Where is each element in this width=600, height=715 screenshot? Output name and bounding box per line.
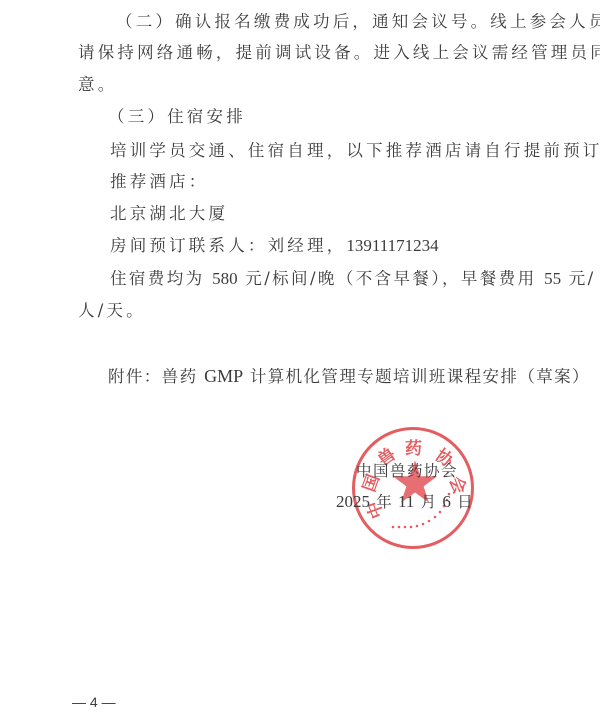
booking-contact-phone: 13911171234 (346, 236, 438, 255)
fee-text-c: 元/ (561, 269, 596, 288)
booking-contact: 房间预订联系人：刘经理，13911171234 (110, 236, 439, 256)
fee-text-b: 元/标间/晚（不含早餐），早餐费用 (238, 269, 544, 288)
accommodation-fee-line-1: 住宿费均为 580 元/标间/晚（不含早餐），早餐费用 55 元/ (110, 269, 596, 289)
accommodation-intro: 培训学员交通、住宿自理，以下推荐酒店请自行提前预订。 (110, 141, 600, 161)
attachment-gmp: GMP (204, 366, 243, 386)
paragraph-2-line-2: 请保持网络通畅，提前调试设备。进入线上会议需经管理员同 (78, 43, 600, 63)
page-number: — 4 — (72, 694, 116, 710)
hotel-name: 北京湖北大厦 (110, 204, 228, 224)
signing-date: 2025 年 11 月 6 日 (336, 490, 473, 512)
recommended-hotel-label: 推荐酒店： (110, 172, 209, 192)
date-year: 2025 (336, 492, 370, 511)
date-day: 6 (442, 492, 451, 511)
date-year-unit: 年 (376, 493, 392, 511)
official-seal: 药 兽 协 国 中 会 (352, 427, 474, 549)
booking-contact-label: 房间预订联系人：刘经理， (110, 236, 346, 255)
attachment-note: 附件：兽药 GMP 计算机化管理专题培训班课程安排（草案） (108, 366, 590, 387)
room-rate: 580 (212, 269, 238, 288)
section-heading-accommodation: （三）住宿安排 (108, 107, 246, 127)
paragraph-2-line-1: （二）确认报名缴费成功后，通知会议号。线上参会人员 (116, 12, 600, 32)
seal-char-yao: 药 (405, 434, 422, 459)
paragraph-2-line-3: 意。 (78, 75, 117, 95)
fee-text-a: 住宿费均为 (110, 269, 212, 288)
signing-organization: 中国兽药协会 (356, 459, 458, 481)
date-month-unit: 月 (421, 493, 437, 511)
breakfast-rate: 55 (544, 269, 561, 288)
attachment-suffix: 计算机化管理专题培训班课程安排（草案） (243, 367, 590, 386)
attachment-prefix: 附件：兽药 (108, 367, 204, 386)
date-month: 11 (398, 492, 414, 511)
accommodation-fee-line-2: 人/天。 (78, 301, 146, 321)
date-day-unit: 日 (457, 493, 473, 511)
